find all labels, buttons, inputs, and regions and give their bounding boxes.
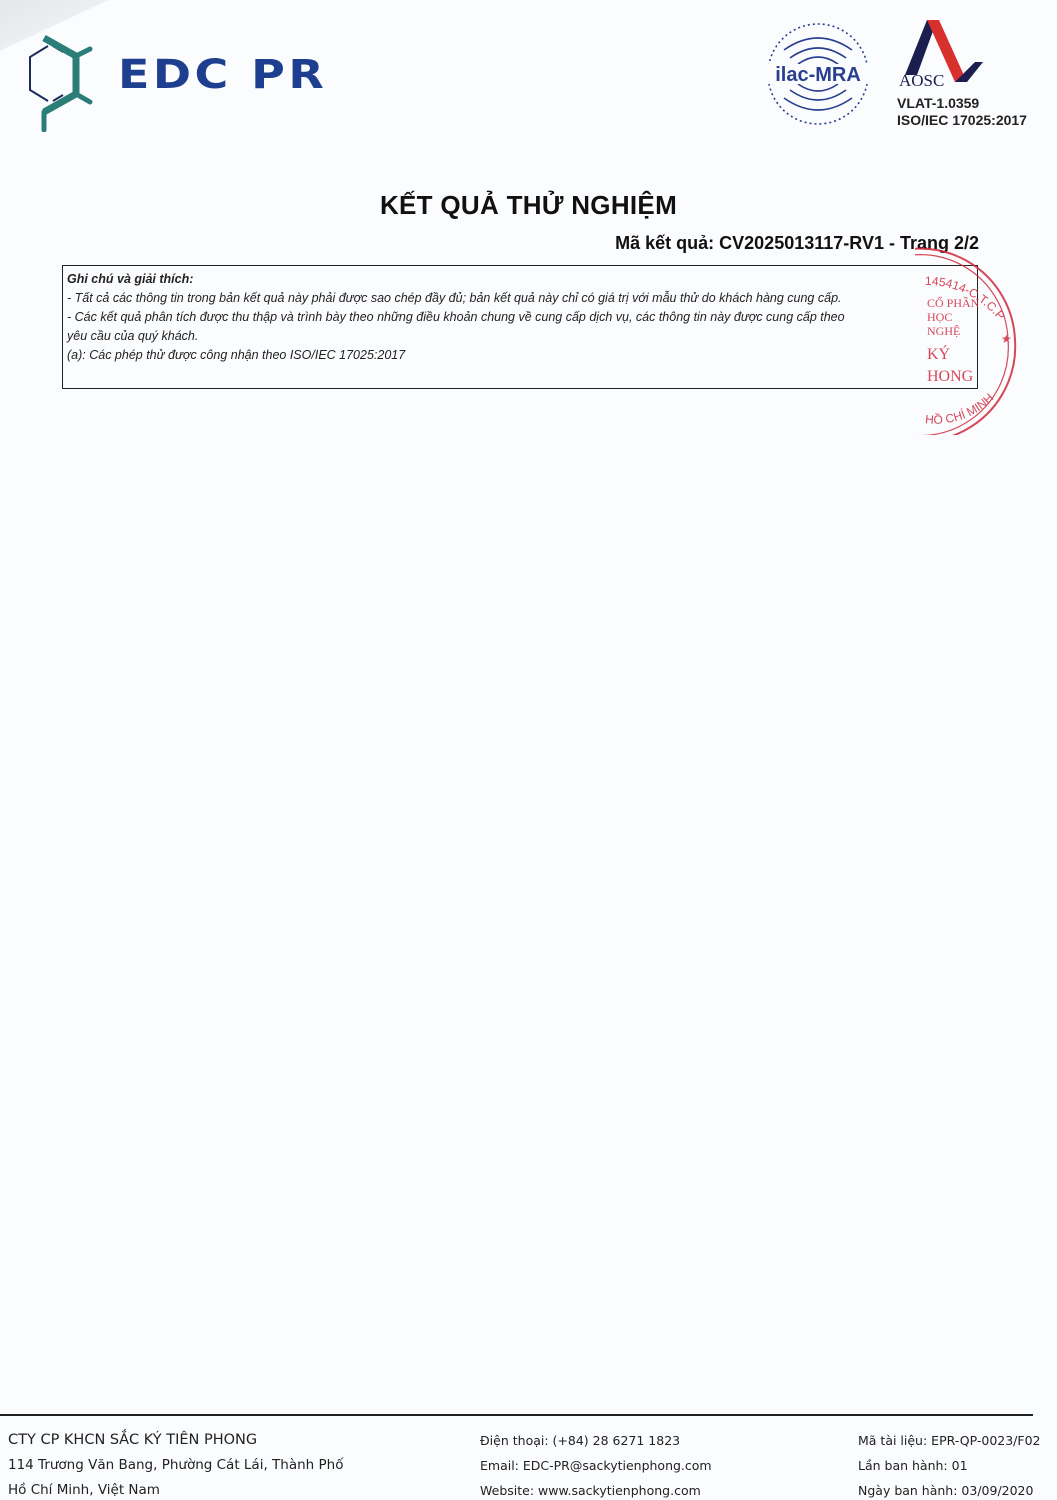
issue-number: Lần ban hành: 01 bbox=[858, 1453, 1040, 1478]
footer-company: CTY CP KHCN SẮC KÝ TIÊN PHONG 114 Trương… bbox=[8, 1428, 343, 1500]
document-code: Mã tài liệu: EPR-QP-0023/F02 bbox=[858, 1428, 1040, 1453]
svg-text:★: ★ bbox=[1001, 332, 1012, 346]
svg-text:HỌC: HỌC bbox=[927, 310, 952, 324]
issue-date: Ngày ban hành: 03/09/2020 bbox=[858, 1478, 1040, 1500]
company-address-line1: 114 Trương Văn Bang, Phường Cát Lái, Thà… bbox=[8, 1453, 343, 1478]
notes-box: Ghi chú và giải thích: - Tất cả các thôn… bbox=[62, 265, 978, 389]
page-title: KẾT QUẢ THỬ NGHIỆM bbox=[0, 190, 1057, 221]
svg-text:HỒ CHÍ MINH: HỒ CHÍ MINH bbox=[925, 391, 997, 427]
note-line: (a): Các phép thử được công nhận theo IS… bbox=[67, 346, 973, 365]
iso-standard: ISO/IEC 17025:2017 bbox=[897, 112, 1027, 129]
company-seal-stamp: 145414-C.T.C.P HỒ CHÍ MINH ★ CỔ PHẦN HỌC… bbox=[915, 245, 1025, 435]
svg-text:ilac-MRA: ilac-MRA bbox=[775, 64, 861, 86]
phone-number: Điện thoại: (+84) 28 6271 1823 bbox=[480, 1428, 712, 1453]
accreditation-info: VLAT-1.0359 ISO/IEC 17025:2017 bbox=[897, 95, 1027, 129]
svg-text:HONG: HONG bbox=[927, 368, 974, 385]
website-link: Website: www.sackytienphong.com bbox=[480, 1478, 712, 1500]
note-line: - Các kết quả phân tích được thu thập và… bbox=[67, 308, 867, 346]
svg-text:NGHỆ: NGHỆ bbox=[927, 324, 960, 338]
notes-heading: Ghi chú và giải thích: bbox=[67, 270, 973, 289]
email-address: Email: EDC-PR@sackytienphong.com bbox=[480, 1453, 712, 1478]
vlat-number: VLAT-1.0359 bbox=[897, 95, 1027, 112]
company-address-line2: Hồ Chí Minh, Việt Nam bbox=[8, 1478, 343, 1500]
svg-text:KÝ: KÝ bbox=[927, 344, 951, 363]
footer-doc-info: Mã tài liệu: EPR-QP-0023/F02 Lần ban hàn… bbox=[858, 1428, 1040, 1500]
footer-divider bbox=[0, 1414, 1033, 1416]
hexagon-molecule-icon bbox=[18, 32, 108, 132]
company-name: CTY CP KHCN SẮC KÝ TIÊN PHONG bbox=[8, 1428, 343, 1453]
aosc-logo: AOSC bbox=[895, 20, 990, 92]
ilac-mra-logo: ilac-MRA bbox=[762, 18, 874, 130]
svg-text:CỔ PHẦN: CỔ PHẦN bbox=[927, 295, 980, 310]
company-logo: EDC PR bbox=[18, 32, 318, 132]
note-line: - Tất cả các thông tin trong bản kết quả… bbox=[67, 289, 887, 308]
svg-text:AOSC: AOSC bbox=[899, 71, 944, 90]
logo-text: EDC PR bbox=[118, 52, 327, 98]
footer-contact: Điện thoại: (+84) 28 6271 1823 Email: ED… bbox=[480, 1428, 712, 1500]
